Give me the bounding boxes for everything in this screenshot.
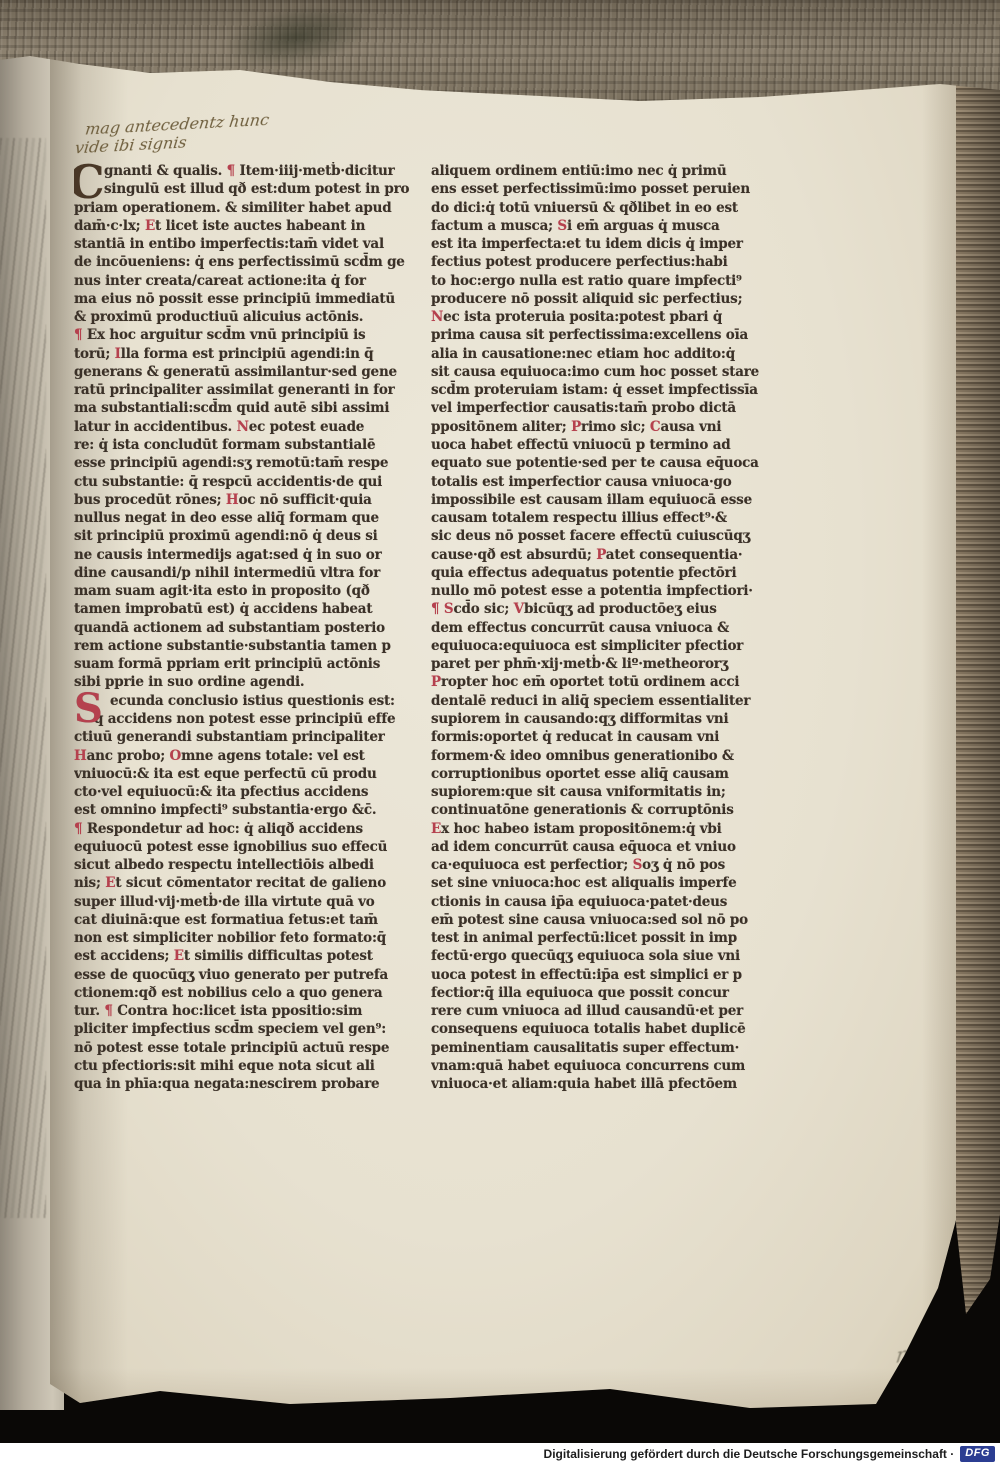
drop-cap-black: C [74, 162, 104, 209]
digitization-credit-bar: Digitalisierung gefördert durch die Deut… [0, 1443, 1000, 1464]
text-line: scd̄m proteruiam istam: q̇ esset impfect… [431, 381, 759, 399]
body-text: qua in phīa:qua negata:nescirem probare [74, 1076, 379, 1092]
text-line: nullo mō potest esse a potentia impfecti… [431, 582, 759, 600]
body-text: vnam:quā habet equiuoca concurrens cum [431, 1058, 745, 1074]
body-text: ecunda conclusio istius questionis est: [110, 693, 395, 709]
text-line: suam formā ppriam erit principiū actōnis [74, 655, 414, 673]
body-text: super illud·vij·metḃ·de illa virtute quā… [74, 894, 375, 910]
body-text: dentalē reduci in aliq̄ speciem essentia… [431, 693, 750, 709]
text-line: stantiā in entibo imperfectis:tam̄ videt… [74, 235, 414, 253]
body-text: supiorem in causando:qʒ difformitas vni [431, 711, 728, 727]
text-line: to hoc:ergo nulla est ratio quare impfec… [431, 272, 759, 290]
text-line: ctiuū generandi substantiam principalite… [74, 728, 414, 746]
text-line: Hanc probo; Omne agens totale: vel est [74, 747, 414, 765]
text-line: uoca habet effectū vniuocū p termino ad [431, 436, 759, 454]
text-line: gnanti & qualis. ¶ Item·iiij·metḃ·dicitu… [74, 162, 414, 180]
text-line: equato sue potentie·sed per te causa eq̄… [431, 454, 759, 472]
body-text: anc probo; [87, 748, 170, 764]
rubric-text: N [237, 419, 249, 435]
body-text: ec potest euade [249, 419, 365, 435]
page-stack-edge [956, 74, 1000, 1322]
body-text: consequens equiuoca totalis habet duplic… [431, 1021, 746, 1037]
body-text: stantiā in entibo imperfectis:tam̄ videt… [74, 236, 384, 252]
body-text: tur. [74, 1003, 104, 1019]
text-line: producere nō possit aliquid sic perfecti… [431, 290, 759, 308]
text-line: singulū est illud qð est:dum potest in p… [74, 180, 414, 198]
body-text: sibi pprie in suo ordine agendi. [74, 674, 304, 690]
body-text: rem actione substantie·substantia tamen … [74, 638, 391, 654]
rubric-text: ¶ [74, 327, 87, 343]
rubric-text: S [557, 218, 567, 234]
body-text: singulū est illud qð est:dum potest in p… [104, 181, 409, 197]
body-text: t sicut cōmentator recitat de galieno [115, 875, 386, 891]
text-line: ratū principaliter assimilat generanti i… [74, 381, 414, 399]
text-line: est ita imperfecta:et tu idem dicis q̇ i… [431, 235, 759, 253]
body-text: vniuocū:& ita est eque perfectū cū produ [74, 766, 377, 782]
body-text: totalis est imperfectior causa vniuoca·g… [431, 474, 732, 490]
body-text: esse principiū agendi:sʒ remotū:tam̄ res… [74, 455, 388, 471]
rubric-text: E [145, 218, 155, 234]
text-line: do dici:q̇ totū vniuersū & qðlibet in eo… [431, 199, 759, 217]
text-line: dine causandi/p nihil intermediū vltra f… [74, 564, 414, 582]
body-text: supiorem:que sit causa vniformitatis in; [431, 784, 726, 800]
dfg-logo: DFG [960, 1446, 995, 1462]
body-text: paret per phm̄·xij·metḃ·& liº·metheororʒ [431, 656, 728, 672]
body-text: cd̄o sic; [453, 601, 513, 617]
text-line: mam suam agit·ita esto in proposito (qð [74, 582, 414, 600]
body-text: bus procedūt rōnes; [74, 492, 226, 508]
text-line: vel imperfectior causatis:tam̄ probo dic… [431, 399, 759, 417]
text-line: set sine vniuoca:hoc est aliqualis imper… [431, 874, 759, 892]
text-line: Ex hoc habeo istam propositōnem:q̇ vbi [431, 820, 759, 838]
text-line: consequens equiuoca totalis habet duplic… [431, 1020, 759, 1038]
rubric-text: S [633, 857, 643, 873]
body-text: Item·iiij·metḃ·dicitur [240, 163, 395, 179]
text-line: priam operationem. & similiter habet apu… [74, 199, 414, 217]
body-text: do dici:q̇ totū vniuersū & qðlibet in eo… [431, 200, 738, 216]
body-text: ctiuū generandi substantiam principalite… [74, 729, 385, 745]
body-text: i em̄ arguas q̇ musca [567, 218, 720, 234]
text-line: bus procedūt rōnes; Hoc nō sufficit·quia [74, 491, 414, 509]
body-text: to hoc:ergo nulla est ratio quare impfec… [431, 273, 742, 289]
body-text: fectū·ergo quecūqʒ equiuoca sola siue vn… [431, 948, 740, 964]
text-line: pliciter impfectius scd̄m speciem vel ge… [74, 1020, 414, 1038]
body-text: equiuoca:equiuoca est simpliciter pfecti… [431, 638, 743, 654]
text-line: generans & generatū assimilantur·sed gen… [74, 363, 414, 381]
body-text: ctionem:qð est nobilius celo a quo gener… [74, 985, 382, 1001]
body-text: mne agens totale: vel est [181, 748, 365, 764]
text-line: cat diuinā:que est formatiua fetus:et ta… [74, 911, 414, 929]
body-text: dine causandi/p nihil intermediū vltra f… [74, 565, 380, 581]
text-line: supiorem in causando:qʒ difformitas vni [431, 710, 759, 728]
text-column-right: aliquem ordinem entiū:imo nec q̇ primūen… [431, 162, 759, 1107]
rubric-text: P [571, 419, 581, 435]
text-line: tamen improbatū est) q̇ accidens habeat [74, 600, 414, 618]
body-text: factum a musca; [431, 218, 557, 234]
body-text: latur in accidentibus. [74, 419, 237, 435]
body-text: rere cum vniuoca ad illud causandū·et pe… [431, 1003, 743, 1019]
body-text: producere nō possit aliquid sic perfecti… [431, 291, 742, 307]
body-text: est ita imperfecta:et tu idem dicis q̇ i… [431, 236, 743, 252]
body-text: scd̄m proteruiam istam: q̇ esset impfect… [431, 382, 758, 398]
text-line: Propter hoc em̄ oportet totū ordinem acc… [431, 673, 759, 691]
body-text: equiuocū potest esse ignobilius suo effe… [74, 839, 387, 855]
text-line: nus inter creata/careat actione:ita q̇ f… [74, 272, 414, 290]
text-line: alia in causatione:nec etiam hoc addito:… [431, 345, 759, 363]
text-line: sit principiū proximū agendi:nō q̇ deus … [74, 527, 414, 545]
body-text: dem effectus concurrūt causa vniuoca & [431, 620, 729, 636]
body-text: atet consequentia· [606, 547, 743, 563]
text-line: non est simpliciter nobilior feto format… [74, 929, 414, 947]
body-text: ens esset perfectissimū:imo posset perui… [431, 181, 750, 197]
body-text: ausa vni [660, 419, 721, 435]
rubric-text: O [170, 748, 182, 764]
text-line: impossibile est causam illam equiuocā es… [431, 491, 759, 509]
body-text: est accidens; [74, 948, 174, 964]
body-text: sit principiū proximū agendi:nō q̇ deus … [74, 528, 378, 544]
body-text: tamen improbatū est) q̇ accidens habeat [74, 601, 372, 617]
text-line: causam totalem respectu illius effect⁹·& [431, 509, 759, 527]
body-text: x hoc habeo istam propositōnem:q̇ vbi [441, 821, 721, 837]
text-line: aliquem ordinem entiū:imo nec q̇ primū [431, 162, 759, 180]
body-text: ad idem concurrūt causa eq̄uoca et vniuo [431, 839, 736, 855]
body-text: fectius potest producere perfectius:habi [431, 254, 728, 270]
text-line: peminentiam causalitatis super effectum· [431, 1039, 759, 1057]
body-text: lla forma est principiū agendi:in q̄ [121, 346, 374, 362]
body-text: cat diuinā:que est formatiua fetus:et ta… [74, 912, 378, 928]
text-line: ad idem concurrūt causa eq̄uoca et vniuo [431, 838, 759, 856]
text-line: q̇ accidens non potest esse principiū ef… [74, 710, 414, 728]
rubric-text: P [431, 674, 441, 690]
text-line: equiuoca:equiuoca est simpliciter pfecti… [431, 637, 759, 655]
text-line: ¶ Scd̄o sic; Vbicūqʒ ad productōeʒ eius [431, 600, 759, 618]
body-text: fectior:q̄ illa equiuoca que possit conc… [431, 985, 729, 1001]
text-line: continuatōne generationis & corruptōnis [431, 801, 759, 819]
text-line: dentalē reduci in aliq̄ speciem essentia… [431, 692, 759, 710]
text-line: latur in accidentibus. Nec potest euade [74, 418, 414, 436]
body-text: set sine vniuoca:hoc est aliqualis imper… [431, 875, 737, 891]
body-text: rimo sic; [581, 419, 650, 435]
rubric-text: E [105, 875, 115, 891]
text-line: sit causa equiuoca:imo cum hoc posset st… [431, 363, 757, 381]
text-line: test in animal perfectū:licet possit in … [431, 929, 759, 947]
text-line: re: q̇ ista concludūt formam substantial… [74, 436, 414, 454]
text-line: ens esset perfectissimū:imo posset perui… [431, 180, 759, 198]
body-text: sicut albedo respectu intellectiōis albe… [74, 857, 374, 873]
text-line: tur. ¶ Contra hoc:licet ista ppositio:si… [74, 1002, 414, 1020]
text-line: fectū·ergo quecūqʒ equiuoca sola siue vn… [431, 947, 759, 965]
body-text: quandā actionem ad substantiam posterio [74, 620, 385, 636]
body-text: cto·vel equiuocū:& ita pfectius accidens [74, 784, 368, 800]
body-text: equato sue potentie·sed per te causa eq̄… [431, 455, 759, 471]
body-text: nō potest esse totale principiū actuū re… [74, 1040, 389, 1056]
body-text: alia in causatione:nec etiam hoc addito:… [431, 346, 735, 362]
body-text: aliquem ordinem entiū:imo nec q̇ primū [431, 163, 726, 179]
text-line: rere cum vniuoca ad illud causandū·et pe… [431, 1002, 759, 1020]
body-text: q̇ accidens non potest esse principiū ef… [94, 711, 395, 727]
rubric-text: ¶ [227, 163, 240, 179]
body-text: torū; [74, 346, 115, 362]
text-line: quia effectus adequatus potentie pfectōr… [431, 564, 759, 582]
rubric-text: N [431, 309, 443, 325]
rubric-text: H [226, 492, 239, 508]
body-text: uoca potest in effectū:ip̄a est simplici… [431, 967, 742, 983]
body-text: peminentiam causalitatis super effectum· [431, 1040, 739, 1056]
text-line: formis:oportet q̇ reducat in causam vni [431, 728, 759, 746]
text-line: vnam:quā habet equiuoca concurrens cum [431, 1057, 759, 1075]
rubric-text: H [74, 748, 87, 764]
body-text: formis:oportet q̇ reducat in causam vni [431, 729, 719, 745]
body-text: ma substantiali:scd̄m quid autē sibi ass… [74, 400, 389, 416]
pencil-squiggle-mark: m [894, 1340, 916, 1368]
body-text: t similis difficultas potest [184, 948, 373, 964]
text-line: ctionem:qð est nobilius celo a quo gener… [74, 984, 414, 1002]
body-text: generans & generatū assimilantur·sed gen… [74, 364, 397, 380]
text-line: uoca potest in effectū:ip̄a est simplici… [431, 966, 759, 984]
body-text: dam̄·c·lx; [74, 218, 145, 234]
ghost-text-showthrough [0, 138, 46, 1218]
body-text: vel imperfectior causatis:tam̄ probo dic… [431, 400, 736, 416]
body-text: ppositōnem aliter; [431, 419, 571, 435]
rubric-text: V [514, 601, 524, 617]
body-text: ropter hoc em̄ oportet totū ordinem acci [441, 674, 739, 690]
body-text: ma eius nō possit esse principiū immedia… [74, 291, 395, 307]
text-line: esse principiū agendi:sʒ remotū:tam̄ res… [74, 454, 414, 472]
text-line: cto·vel equiuocū:& ita pfectius accidens [74, 783, 414, 801]
body-text: ctu pfectioris:sit mihi eque nota sicut … [74, 1058, 375, 1074]
rubric-text: E [431, 821, 441, 837]
body-text: em̄ potest sine causa vniuoca:sed sol nō… [431, 912, 748, 928]
text-line: quandā actionem ad substantiam posterio [74, 619, 414, 637]
body-text: ctionis in causa ip̄a equiuoca·patet·deu… [431, 894, 727, 910]
rubric-text: ¶ [74, 821, 87, 837]
text-line: paret per phm̄·xij·metḃ·& liº·metheororʒ [431, 655, 759, 673]
text-line: nis; Et sicut cōmentator recitat de gali… [74, 874, 414, 892]
text-line: totalis est imperfectior causa vniuoca·g… [431, 473, 759, 491]
text-line: supiorem:que sit causa vniformitatis in; [431, 783, 759, 801]
body-text: sic deus nō posset facere effectū cuiusc… [431, 528, 750, 544]
body-text: nis; [74, 875, 105, 891]
body-text: oc nō sufficit·quia [238, 492, 371, 508]
body-text: esse de quocūqʒ viuo generato per putref… [74, 967, 388, 983]
text-line: ¶ Ex hoc arguitur scd̄m vnū principiū is [74, 326, 414, 344]
text-line: de incōueniens: q̇ ens perfectissimū scd… [74, 253, 414, 271]
body-text: ratū principaliter assimilat generanti i… [74, 382, 395, 398]
text-line: sic deus nō posset facere effectū cuiusc… [431, 527, 759, 545]
text-line: corruptionibus oportet esse aliq̄ causam [431, 765, 759, 783]
text-line: ma substantiali:scd̄m quid autē sibi ass… [74, 399, 414, 417]
rubric-text: C [650, 419, 661, 435]
body-text: sit causa equiuoca:imo cum hoc posset st… [431, 364, 759, 380]
text-line: ecunda conclusio istius questionis est: [74, 692, 414, 710]
text-line: vniuocū:& ita est eque perfectū cū produ [74, 765, 414, 783]
text-line: est omnino impfecti⁹ substantia·ergo &c̄… [74, 801, 414, 819]
pencil-numeral: 9 [890, 1393, 910, 1423]
body-text: nullus negat in deo esse aliq̄ formam qu… [74, 510, 379, 526]
text-line: est accidens; Et similis difficultas pot… [74, 947, 414, 965]
body-text: cause·qð est absurdū; [431, 547, 596, 563]
text-line: sibi pprie in suo ordine agendi. [74, 673, 414, 691]
body-text: Contra hoc:licet ista ppositio:sim [117, 1003, 362, 1019]
text-line: equiuocū potest esse ignobilius suo effe… [74, 838, 414, 856]
text-line: torū; Illa forma est principiū agendi:in… [74, 345, 414, 363]
text-line: vniuoca·et aliam:quia habet illā pfectōe… [431, 1075, 759, 1093]
text-line: fectius potest producere perfectius:habi [431, 253, 759, 271]
body-text: pliciter impfectius scd̄m speciem vel ge… [74, 1021, 386, 1037]
manuscript-scan: m 9 mag antecedentz hunc vide ibi signis… [0, 0, 1000, 1464]
body-text: Respondetur ad hoc: q̇ aliqð accidens [87, 821, 363, 837]
body-text: formem·& ideo omnibus generationibo & [431, 748, 734, 764]
text-line: dem effectus concurrūt causa vniuoca & [431, 619, 759, 637]
text-line: em̄ potest sine causa vniuoca:sed sol nō… [431, 911, 759, 929]
text-line: ca·equiuoca est perfectior; Soʒ q̇ nō po… [431, 856, 759, 874]
body-text: Ex hoc arguitur scd̄m vnū principiū is [87, 327, 366, 343]
text-line: rem actione substantie·substantia tamen … [74, 637, 414, 655]
text-line: ne causis intermedijs agat:sed q̇ in suo… [74, 546, 414, 564]
body-text: priam operationem. & similiter habet apu… [74, 200, 391, 216]
body-text: mam suam agit·ita esto in proposito (qð [74, 583, 370, 599]
body-text: ec ista proteruia posita:potest pbari q̇ [443, 309, 722, 325]
credit-text: Digitalisierung gefördert durch die Deut… [544, 1447, 955, 1461]
drop-cap-red: S [74, 685, 103, 732]
text-line: ¶ Respondetur ad hoc: q̇ aliqð accidens [74, 820, 414, 838]
text-line: sicut albedo respectu intellectiōis albe… [74, 856, 414, 874]
text-line: ctu pfectioris:sit mihi eque nota sicut … [74, 1057, 414, 1075]
body-text: vniuoca·et aliam:quia habet illā pfectōe… [431, 1076, 737, 1092]
body-text: test in animal perfectū:licet possit in … [431, 930, 737, 946]
body-text: suam formā ppriam erit principiū actōnis [74, 656, 380, 672]
text-line: prima causa sit perfectissima:excellens … [431, 326, 759, 344]
body-text: oʒ q̇ nō pos [642, 857, 725, 873]
text-line: cause·qð est absurdū; Patet consequentia… [431, 546, 759, 564]
text-line: ctu substantie: q̄ respcū accidentis·de … [74, 473, 414, 491]
body-text: impossibile est causam illam equiuocā es… [431, 492, 752, 508]
text-line: ctionis in causa ip̄a equiuoca·patet·deu… [431, 893, 759, 911]
text-line: factum a musca; Si em̄ arguas q̇ musca [431, 217, 759, 235]
rubric-text: ¶ [104, 1003, 117, 1019]
body-text: nullo mō potest esse a potentia impfecti… [431, 583, 753, 599]
text-line: Nec ista proteruia posita:potest pbari q… [431, 308, 759, 326]
text-line: ppositōnem aliter; Primo sic; Causa vni [431, 418, 759, 436]
text-line: & proximū productiuū alicuius actōnis. [74, 308, 414, 326]
body-text: prima causa sit perfectissima:excellens … [431, 327, 748, 343]
body-text: continuatōne generationis & corruptōnis [431, 802, 734, 818]
text-line: nullus negat in deo esse aliq̄ formam qu… [74, 509, 414, 527]
rubric-text: P [596, 547, 606, 563]
body-text: uoca habet effectū vniuocū p termino ad [431, 437, 731, 453]
body-text: nus inter creata/careat actione:ita q̇ f… [74, 273, 366, 289]
text-column-left: C S gnanti & qualis. ¶ Item·iiij·metḃ·di… [74, 162, 414, 1107]
body-text: ctu substantie: q̄ respcū accidentis·de … [74, 474, 382, 490]
body-text: de incōueniens: q̇ ens perfectissimū scd… [74, 254, 405, 270]
body-text: quia effectus adequatus potentie pfectōr… [431, 565, 736, 581]
body-text: causam totalem respectu illius effect⁹·& [431, 510, 727, 526]
body-text: non est simpliciter nobilior feto format… [74, 930, 386, 946]
body-text: ca·equiuoca est perfectior; [431, 857, 633, 873]
text-line: nō potest esse totale principiū actuū re… [74, 1039, 414, 1057]
body-text: est omnino impfecti⁹ substantia·ergo &c̄… [74, 802, 376, 818]
body-text: ne causis intermedijs agat:sed q̇ in suo… [74, 547, 382, 563]
body-text: gnanti & qualis. [104, 163, 227, 179]
text-line: qua in phīa:qua negata:nescirem probare [74, 1075, 414, 1093]
body-text: t licet iste auctes habeant in [155, 218, 365, 234]
text-line: formem·& ideo omnibus generationibo & [431, 747, 759, 765]
body-text: & proximū productiuū alicuius actōnis. [74, 309, 363, 325]
text-line: fectior:q̄ illa equiuoca que possit conc… [431, 984, 759, 1002]
body-text: bicūqʒ ad productōeʒ eius [524, 601, 717, 617]
text-line: dam̄·c·lx; Et licet iste auctes habeant … [74, 217, 414, 235]
body-text: re: q̇ ista concludūt formam substantial… [74, 437, 375, 453]
text-line: ma eius nō possit esse principiū immedia… [74, 290, 414, 308]
text-line: super illud·vij·metḃ·de illa virtute quā… [74, 893, 414, 911]
body-text: corruptionibus oportet esse aliq̄ causam [431, 766, 729, 782]
rubric-text: ¶ S [431, 601, 453, 617]
rubric-text: E [174, 948, 184, 964]
text-line: esse de quocūqʒ viuo generato per putref… [74, 966, 414, 984]
